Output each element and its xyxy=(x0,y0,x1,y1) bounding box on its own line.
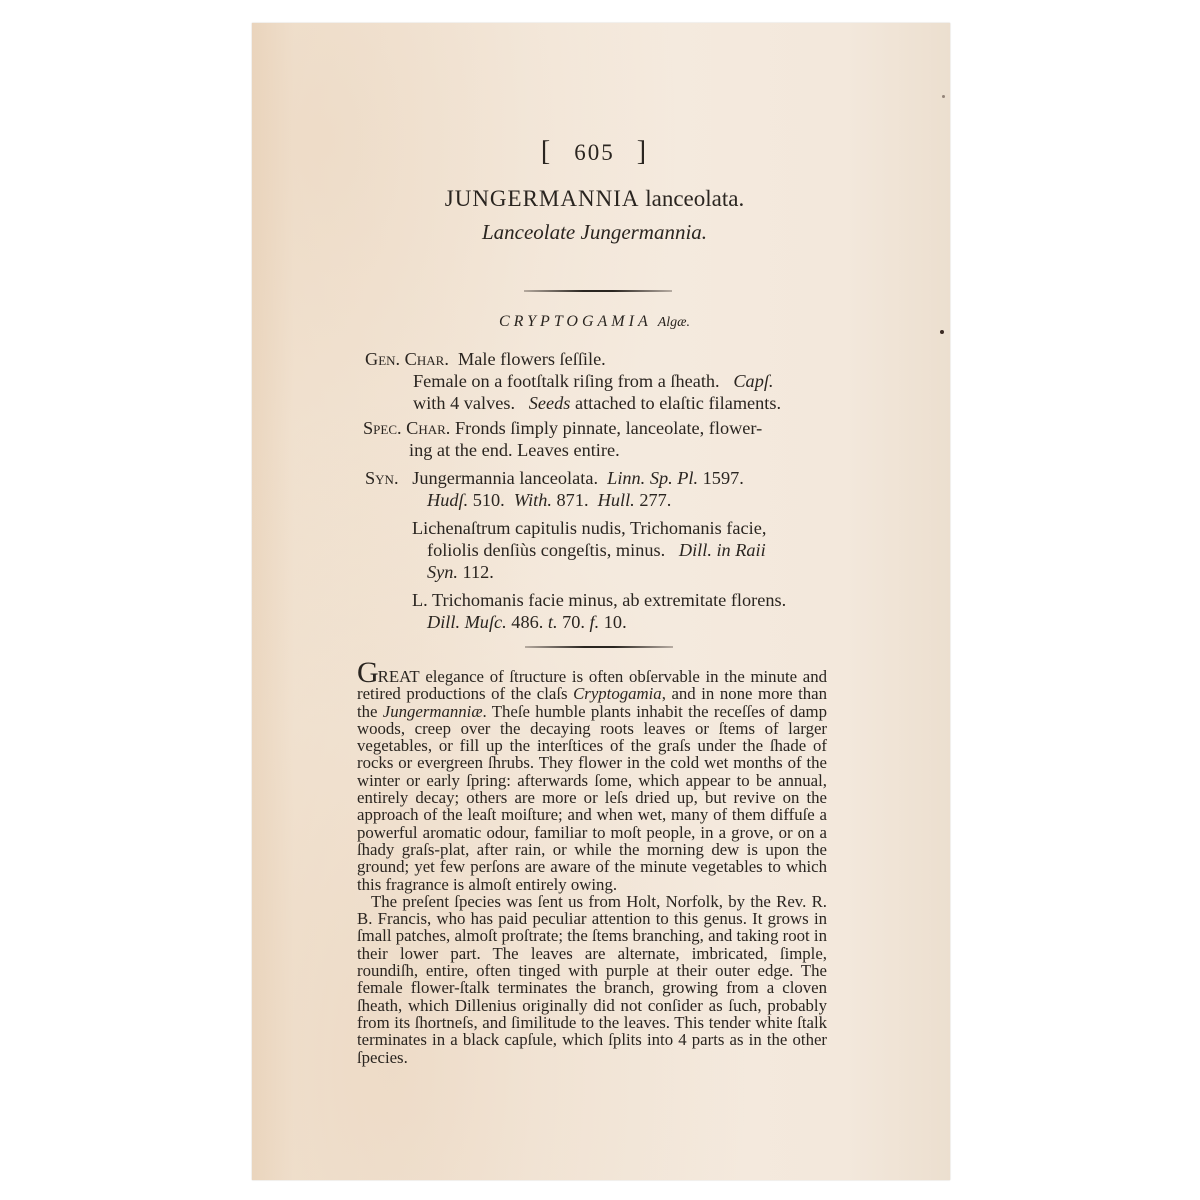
generic-character-line: Male flowers ſeſſile. xyxy=(458,349,606,369)
synonym-name: Jungermannia lanceolata. xyxy=(412,468,598,488)
synonyms-label: Syn. xyxy=(365,468,399,488)
synonym-ref-num: 70. xyxy=(562,612,585,632)
synonym-ref-num: 871. xyxy=(557,490,589,510)
synonym-ref: With. xyxy=(514,490,552,510)
class-term: Cryptogamia xyxy=(573,684,662,703)
capsule-abbrev: Capſ. xyxy=(733,371,773,391)
specific-character-line: ing at the end. Leaves entire. xyxy=(363,439,762,461)
synonym-ref-num: 277. xyxy=(639,490,671,510)
generic-character: Gen. Char. Male flowers ſeſſile. Female … xyxy=(365,348,781,414)
species-title: JUNGERMANNIA lanceolata. xyxy=(357,186,832,212)
synonym-ref: Hudſ. xyxy=(427,490,468,510)
synonym-ref: Syn. xyxy=(427,562,458,582)
description-body: GREAT elegance of ſtructure is often obſ… xyxy=(357,663,827,1066)
divider-rule xyxy=(524,290,672,292)
genus-name: JUNGERMANNIA xyxy=(445,186,640,211)
paper-speck xyxy=(940,330,944,334)
synonym-ref-num: 510. xyxy=(473,490,505,510)
specific-character: Spec. Char. Fronds ſimply pinnate, lance… xyxy=(363,417,762,461)
seeds-term: Seeds xyxy=(529,393,571,413)
synonym-line: Lichenaſtrum capitulis nudis, Trichomani… xyxy=(365,517,786,539)
opening-smallcaps: REAT xyxy=(378,667,420,686)
synonym-ref-num: 486. xyxy=(511,612,543,632)
bracket-open: [ xyxy=(541,136,552,167)
synonyms: Syn. Jungermannia lanceolata. Linn. Sp. … xyxy=(365,467,786,633)
generic-character-line: attached to elaſtic filaments. xyxy=(575,393,781,413)
generic-character-line: with 4 valves. xyxy=(413,393,515,413)
synonym-ref: Linn. Sp. Pl. xyxy=(607,468,698,488)
synonym-line: foliolis denſiùs congeſtis, minus. xyxy=(427,540,665,560)
paragraph-text: . Theſe humble plants inhabit the receſſ… xyxy=(357,702,827,894)
classification: CRYPTOGAMIAAlgæ. xyxy=(357,313,832,331)
common-name: Lanceolate Jungermannia. xyxy=(357,220,832,245)
class-name: CRYPTOGAMIA xyxy=(499,313,652,330)
synonym-ref: f. xyxy=(590,612,600,632)
bracket-close: ] xyxy=(637,136,648,167)
generic-character-label: Gen. Char. xyxy=(365,349,449,369)
book-page: [605] JUNGERMANNIA lanceolata. Lanceolat… xyxy=(252,23,950,1180)
page-number: [605] xyxy=(357,136,832,168)
description-paragraph: GREAT elegance of ſtructure is often obſ… xyxy=(357,663,827,893)
synonym-ref: Hull. xyxy=(598,490,635,510)
paper-speck xyxy=(942,95,945,98)
divider-rule xyxy=(525,646,673,648)
species-name: lanceolata. xyxy=(645,186,744,211)
specific-character-label: Spec. Char. xyxy=(363,418,450,438)
page-number-value: 605 xyxy=(574,140,615,165)
description-paragraph: The preſent ſpecies was ſent us from Hol… xyxy=(357,893,827,1066)
synonym-ref: t. xyxy=(548,612,558,632)
generic-character-line: Female on a footſtalk riſing from a ſhea… xyxy=(413,371,720,391)
specific-character-line: Fronds ſimply pinnate, lanceolate, flowe… xyxy=(455,418,762,438)
synonym-ref: Dill. in Raii xyxy=(679,540,766,560)
synonym-ref-num: 10. xyxy=(604,612,627,632)
synonym-ref: Dill. Muſc. xyxy=(427,612,507,632)
synonym-line: L. Trichomanis facie minus, ab extremita… xyxy=(365,589,786,611)
synonym-ref-num: 112. xyxy=(463,562,494,582)
genus-term: Jungermanniæ xyxy=(383,702,483,721)
order-name: Algæ. xyxy=(658,315,690,330)
synonym-ref-num: 1597. xyxy=(703,468,744,488)
